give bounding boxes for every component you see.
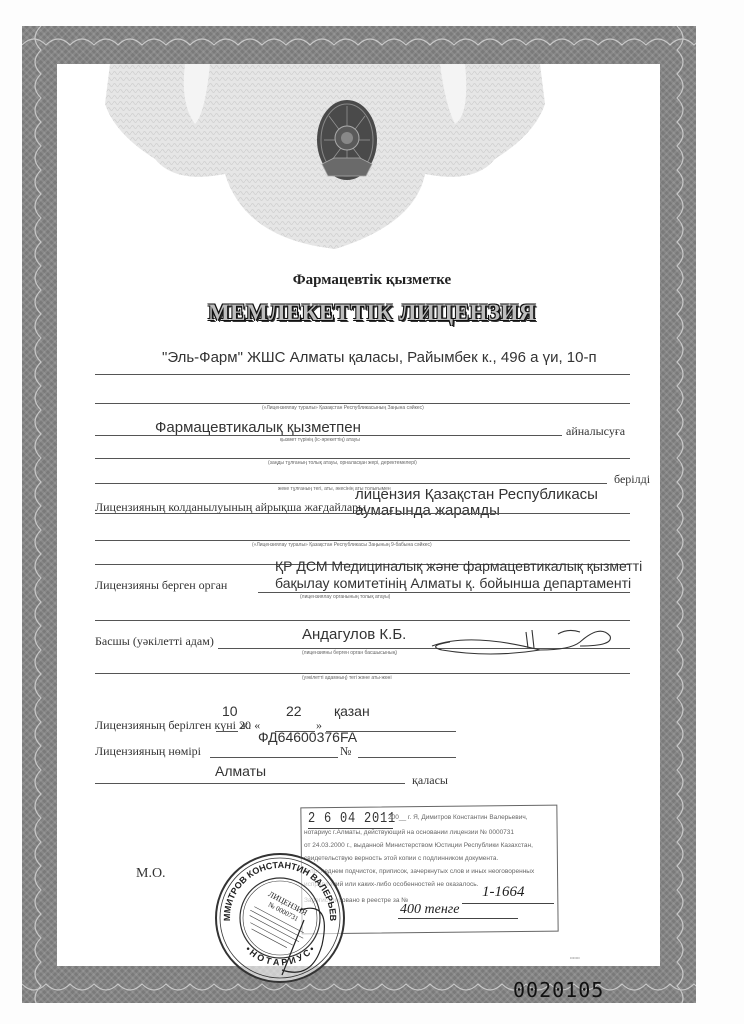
issuer-label: Лицензияны берген орган [95,578,227,593]
license-number-label: Лицензияның нөмірі [95,744,201,759]
head-signature [430,620,620,660]
city-suffix: қаласы [412,773,448,788]
person-line [95,483,607,484]
fee-line [398,918,518,919]
issuer-value-1: ҚР ДСМ Медициналық және фармацевтикалық … [275,558,642,574]
special-conditions-hint: («Лицензиялау туралы» Қазақстан Республи… [252,542,432,548]
printer-mark: ••••••• [570,955,580,960]
city-line [95,783,405,784]
head-hint: (лицензияны берген орган басшысының) [302,650,397,656]
legal-entity-line [95,458,630,459]
activity-line [95,435,562,436]
date-day: 22 [286,703,302,719]
special-conditions-value-1: лицензия Қазақстан Республикасы [355,486,598,503]
licensee-line-2 [95,403,630,404]
license-number-line-2 [358,757,456,758]
issuer-value-2: бақылау комитетінің Алматы қ. бойынша де… [275,575,631,591]
special-conditions-line [95,513,630,514]
special-conditions-value-2: аумағында жарамды [355,502,500,519]
serial-number: 0020105 [513,978,604,1002]
head-label: Басшы (уәкілетті адам) [95,634,214,649]
issuer-line [258,592,630,593]
license-number-line [210,757,338,758]
issuer-hint: (лицензиялау органының толық атауы) [300,594,390,600]
licensee-line [95,374,630,375]
kazakhstan-emblem-icon [314,98,380,188]
notary-line-2: нотариус г.Алматы, действующий на основа… [304,829,514,836]
authorized-line [95,673,630,674]
document-subtitle: Фармацевтік қызметке [0,272,744,289]
special-conditions-line-2 [95,540,630,541]
notary-stamp-date: 2 6 04 2011 [308,810,396,827]
licensee-value: "Эль-Фарм" ЖШС Алматы қаласы, Райымбек к… [162,349,597,366]
notary-line-3: от 24.03.2000 г., выданной Министерством… [304,842,533,849]
license-number-value: ФД64600376FA [258,729,357,745]
document-title: МЕМЛЕКЕТТІК ЛИЦЕНЗИЯ [0,300,744,326]
notary-fee: 400 тенге [400,902,459,918]
given-suffix: берілді [614,472,650,487]
activity-hint: қызмет түрінің (іс-әрекеттің) атауы [280,437,360,443]
licensee-hint: («Лицензиялау туралы» Қазақстан Республи… [262,405,424,411]
date-year-line [216,731,238,732]
activity-suffix: айналысуға [566,424,625,439]
scanned-page: Фармацевтік қызметке МЕМЛЕКЕТТІК ЛИЦЕНЗИ… [0,0,744,1024]
activity-value: Фармацевтикалық қызметпен [155,419,361,436]
head-value: Андагулов К.Б. [302,626,406,643]
license-number-sign: № [340,744,351,759]
seal-place-label: М.О. [136,866,166,882]
date-month: қазан [334,703,370,719]
legal-entity-hint: (заңды тұлғаның толық атауы, орналасқан … [268,460,417,466]
date-year: 10 [222,703,238,719]
notary-line-1: 200__ г. Я, Димитров Константин Валерьев… [388,814,528,821]
registry-number: 1-1664 [482,884,525,901]
city-value: Алматы [215,763,266,779]
notary-seal: ДИММИТРОВ КОНСТАНТИН ВАЛЕРЬЕВИЧ • Н О Т … [212,850,348,986]
registry-line [462,903,554,904]
authorized-hint: (уәкілетті адамның) тегі және аты-жөні [302,675,392,681]
